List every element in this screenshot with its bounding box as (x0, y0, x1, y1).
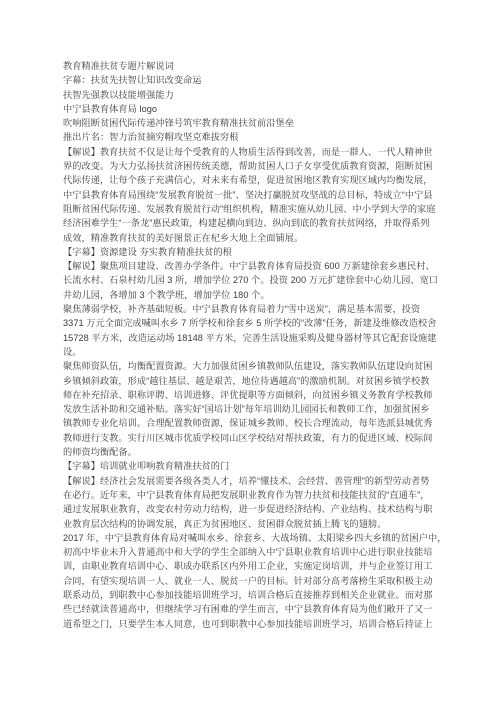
document-title-line: 教育精准扶贫专题片解说词 (63, 59, 435, 73)
narration-line: 设。 (63, 345, 435, 359)
narration-line: 3371 万元全面完成喊叫水乡 7 所学校和徐套乡 5 所学校的“改薄”任务，新… (63, 316, 435, 330)
narration-line: 道希望之门，只要学生本人同意，也可到职教中心参加技能培训班学习，培训合格后持证上 (63, 617, 435, 631)
narration-line: 长流水村、石泉村幼儿园 3 所，增加学位 270 个。投资 200 万元扩建徐套… (63, 273, 435, 287)
narration-line: 中宁县教育体育局围绕“发展教育脱贫一批”、坚决打赢脱贫攻坚战的总目标，特成立“中… (63, 188, 435, 202)
narration-line: 师在补充招录、职称评聘、培训进修、评优提职等方面倾斜，向贫困乡镇义务教育学校教师 (63, 388, 435, 402)
narration-line: 界的改变。为大力弘扬扶贫济困传统美德，帮助贫困人口子女享受优质教育资源，阻断贫困 (63, 159, 435, 173)
narration-line: 井幼儿园，各增加 3 个教学班，增加学位 180 个。 (63, 288, 435, 302)
narration-line: 经济困难学生“一条龙”惠民政策，构建起横向到边、纵向到底的教育扶贫网络，并取得系… (63, 216, 435, 230)
narration-line: 发放生活补助和交通补贴。落实好“国培计划”每年培训幼儿园园长和教师工作，加强贫困… (63, 402, 435, 416)
subtitle-slogan-line: 字幕：扶贫先扶智让知识改变命运 (63, 73, 435, 87)
narration-line: 【解说】经济社会发展需要各级各类人才，培养“懂技术、会经营、善管理”的新型劳动者… (63, 474, 435, 488)
narration-line: 代际传递，让每个孩子充满信心，对未来有希望，促进贫困地区教育实现区域内均衡发展， (63, 173, 435, 187)
document-page: 教育精准扶贫专题片解说词 字幕：扶贫先扶智让知识改变命运 扶智先强教以技能增强能… (63, 59, 435, 631)
narration-line: 镇教师专业化培训。合理配置教师资源，保证城乡教师、校长合理流动，每年选派县城优秀 (63, 416, 435, 430)
narration-line: 2017 年，中宁县教育体育局对喊叫水乡、徐套乡、大战场镇、太阳梁乡四大乡镇的贫… (63, 531, 435, 545)
film-title-line: 推出片名：智力治贫摘穷帽攻坚克难拔穷根 (63, 130, 435, 144)
subtitle-slogan-line: 扶智先强教以技能增强能力 (63, 88, 435, 102)
narration-line: 合同，有望实现培训一人、就业一人、脱贫一户的目标。针对部分高考落榜生采取积极主动 (63, 574, 435, 588)
narration-line: 初高中毕业未升入普通高中和大学的学生全部纳入中宁县职业教育培训中心进行职业技能培 (63, 545, 435, 559)
narration-line: 聚焦师资队伍，均衡配置资源。大力加强贫困乡镇教师队伍建设，落实教师队伍建设向贫困 (63, 359, 435, 373)
narration-line: 通过发展职业教育，改变农村劳动力结构，进一步促进经济结构、产业结构、技术结构与职 (63, 502, 435, 516)
narration-line: 教师进行支教。实行川区城市优质学校同山区学校结对帮扶政策，有力的促进区域、校际间 (63, 431, 435, 445)
narration-line: 在必行。近年来，中宁县教育体育局把发展职业教育作为智力扶贫和技能扶贫的“直通车”… (63, 488, 435, 502)
narration-line: 乡镇倾斜政策，形成“越往基层、越是艰苦，地位待遇越高”的激励机制。对贫困乡镇学校… (63, 374, 435, 388)
narration-line: 【解说】教育扶贫不仅是让每个受教育的人物质生活得到改善，而是一群人、一代人精神世 (63, 145, 435, 159)
caption-line: 【字幕】资源建设 夯实教育精准扶贫的根 (63, 245, 435, 259)
narration-line: 业教育层次结构的协调发展，真正为贫困地区、贫困群众脱贫插上腾飞的翅膀。 (63, 517, 435, 531)
logo-note-line: 中宁县教育体育局 logo (63, 102, 435, 116)
narration-line: 【解说】聚焦项目建设、改善办学条件。中宁县教育体育局投资 600 万新建徐套乡惠… (63, 259, 435, 273)
slogan-line: 吹响阻断贫困代际传递冲锋号筑牢教育精准扶贫前沿堡垒 (63, 116, 435, 130)
narration-line: 阻断贫困代际传递、发展教育脱贫行动”组织机构，精准实施从幼儿园、中小学到大学的家… (63, 202, 435, 216)
narration-line: 聚焦薄弱学校，补齐基础短板。中宁县教育体育局着力“雪中送炭”，满足基本需要，投资 (63, 302, 435, 316)
narration-line: 的师资均衡配备。 (63, 445, 435, 459)
narration-line: 15728 平方米，改造运动场 18148 平方米，完善生活设施采购及健身器材等… (63, 331, 435, 345)
caption-line: 【字幕】培训就业叩响教育精准扶贫的门 (63, 459, 435, 473)
narration-line: 些已经就读普通高中，但继续学习有困难的学生而言，中宁县教育体育局为他们敞开了又一 (63, 602, 435, 616)
narration-line: 联系动员，到职教中心参加技能培训班学习，培训合格后直接推荐到相关企业就业。而对那 (63, 588, 435, 602)
narration-line: 训，由职业教育培训中心、职成办联系区内外用工企业，实施定岗培训，并与企业签订用工 (63, 559, 435, 573)
narration-line: 成效，精准教育扶贫的美好图景正在杞乡大地上全面铺展。 (63, 231, 435, 245)
